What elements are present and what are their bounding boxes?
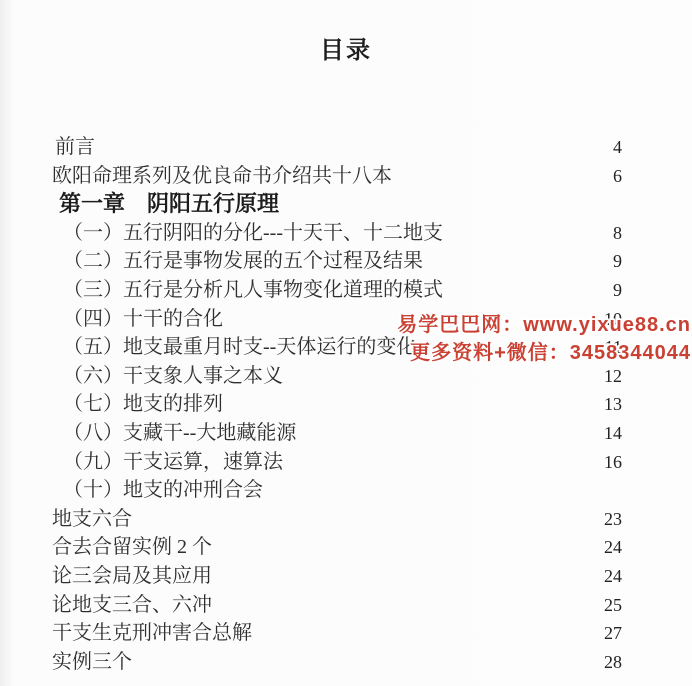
toc-row: （三）五行是分析凡人事物变化道理的模式 9: [0, 276, 692, 305]
toc-row: 地支六合 23: [0, 505, 692, 534]
toc-row: 论地支三合、六冲 25: [0, 591, 692, 620]
toc-row: （八）支藏干--大地藏能源 14: [0, 419, 692, 448]
toc-row: 实例三个 28: [0, 648, 692, 677]
toc-entry-label: 前言: [55, 133, 95, 162]
page-number: 4: [613, 133, 622, 162]
page-number: 8: [613, 219, 622, 248]
page-number: 9: [613, 276, 622, 305]
toc-entry-label: 实例三个: [52, 648, 132, 677]
toc-list: 前言 4 欧阳命理系列及优良命书介绍共十八本 6 第一章 阴阳五行原理 （一）五…: [0, 133, 692, 676]
toc-entry-label: （三）五行是分析凡人事物变化道理的模式: [63, 276, 443, 305]
toc-entry-label: 论三会局及其应用: [52, 562, 212, 591]
page-title: 目录: [0, 30, 692, 65]
page-number: 27: [604, 619, 622, 648]
toc-row: （九）干支运算，速算法 16: [0, 448, 692, 477]
toc-entry-label: 欧阳命理系列及优良命书介绍共十八本: [52, 162, 392, 191]
toc-row: （十）地支的冲刑合会: [0, 476, 692, 505]
toc-entry-label: 论地支三合、六冲: [52, 591, 212, 620]
toc-entry-label: （八）支藏干--大地藏能源: [63, 419, 296, 448]
page-number: 23: [604, 505, 622, 534]
page-number: 13: [604, 390, 622, 419]
toc-entry-label: （九）干支运算，速算法: [63, 448, 283, 477]
toc-row: （七）地支的排列 13: [0, 390, 692, 419]
toc-entry-label: （六）干支象人事之本义: [63, 362, 283, 391]
toc-row: 论三会局及其应用 24: [0, 562, 692, 591]
toc-entry-label: （四）十干的合化: [63, 305, 223, 334]
watermark: 易学巴巴网：www.yixue88.cn 更多资料+微信：3458344044: [397, 312, 691, 367]
page-number: 24: [604, 562, 622, 591]
page-number: 24: [604, 533, 622, 562]
page-number: 9: [613, 247, 622, 276]
toc-entry-label: 干支生克刑冲害合总解: [52, 619, 252, 648]
toc-entry-label: （十）地支的冲刑合会: [63, 476, 263, 505]
toc-row: 前言 4: [0, 133, 692, 162]
toc-row: 合去合留实例 2 个 24: [0, 533, 692, 562]
toc-row: 第一章 阴阳五行原理: [0, 190, 692, 219]
toc-row: 干支生克刑冲害合总解 27: [0, 619, 692, 648]
page-number: 16: [604, 448, 622, 477]
page-number: 25: [604, 591, 622, 620]
watermark-line-1: 易学巴巴网：www.yixue88.cn: [397, 312, 691, 340]
toc-row: （一）五行阴阳的分化---十天干、十二地支 8: [0, 219, 692, 248]
watermark-line-2: 更多资料+微信：3458344044: [397, 340, 691, 368]
toc-entry-label: 合去合留实例 2 个: [52, 533, 212, 562]
toc-entry-label: （七）地支的排列: [63, 390, 223, 419]
page-number: 6: [613, 162, 622, 191]
toc-row: 欧阳命理系列及优良命书介绍共十八本 6: [0, 162, 692, 191]
scanned-toc-page: { "page": { "title": "目录" }, "watermark"…: [0, 0, 692, 686]
page-number: 14: [604, 419, 622, 448]
toc-entry-label: 第一章 阴阳五行原理: [59, 190, 279, 219]
toc-entry-label: 地支六合: [52, 505, 132, 534]
toc-entry-label: （五）地支最重月时支--天体运行的变化: [63, 333, 416, 362]
toc-row: （二）五行是事物发展的五个过程及结果 9: [0, 247, 692, 276]
toc-entry-label: （二）五行是事物发展的五个过程及结果: [63, 247, 423, 276]
toc-entry-label: （一）五行阴阳的分化---十天干、十二地支: [63, 219, 443, 248]
page-number: 28: [604, 648, 622, 677]
